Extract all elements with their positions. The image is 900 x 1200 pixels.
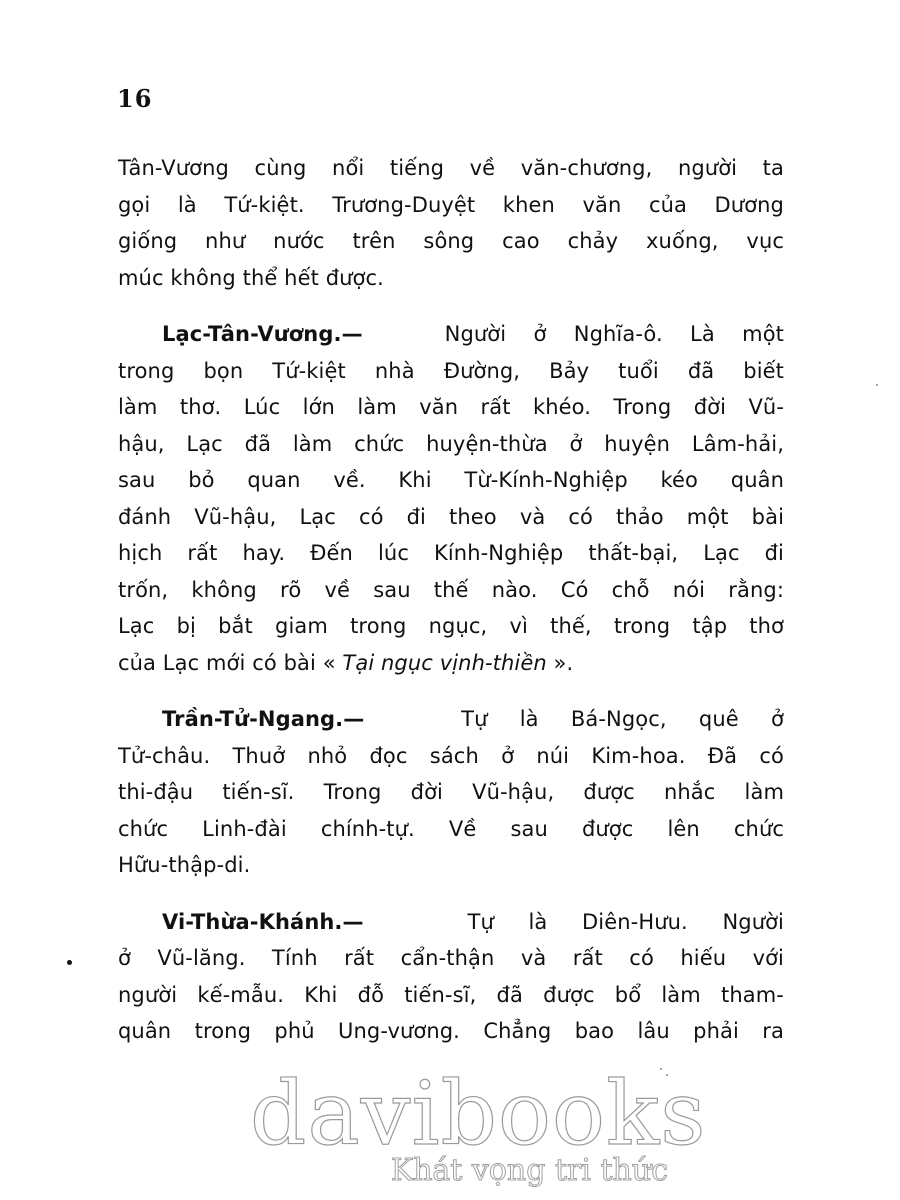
- scan-speck: [876, 384, 878, 386]
- text-line: gọi là Tứ-kiệt. Trương-Duyệt khen văn củ…: [118, 187, 784, 224]
- text-line: chức Linh-đài chính-tự. Về sau được lên …: [118, 811, 784, 848]
- text-line: Lạc bị bắt giam trong ngục, vì thế, tron…: [118, 608, 784, 645]
- text-line: Tử-châu. Thuở nhỏ đọc sách ở núi Kim-hoa…: [118, 738, 784, 775]
- entry-text: Tự là Bá-Ngọc, quê ở: [461, 707, 784, 731]
- paragraph-vi-thua-khanh: Vi-Thừa-Khánh.— Tự là Diên-Hưu. Người ở …: [118, 904, 784, 1050]
- text-line: Tân-Vương cùng nổi tiếng về văn-chương, …: [118, 150, 784, 187]
- text-line: hịch rất hay. Đến lúc Kính-Nghiệp thất-b…: [118, 535, 784, 572]
- text-line: làm thơ. Lúc lớn làm văn rất khéo. Trong…: [118, 389, 784, 426]
- entry-heading: Vi-Thừa-Khánh.—: [162, 910, 364, 934]
- page-number: 16: [117, 84, 152, 113]
- watermark-brand: davibooks: [250, 1070, 670, 1158]
- text-line: của Lạc mới có bài « Tại ngục vịnh-thiền…: [118, 645, 784, 682]
- text-line: giống như nước trên sông cao chảy xuống,…: [118, 223, 784, 260]
- entry-heading: Lạc-Tân-Vương.—: [162, 322, 363, 346]
- poem-title: Tại ngục vịnh-thiền: [342, 651, 546, 675]
- scan-artifact-dot: [67, 960, 72, 965]
- text-line: Lạc-Tân-Vương.— Người ở Nghĩa-ô. Là một: [118, 316, 784, 353]
- text-line: hậu, Lạc đã làm chức huyện-thừa ở huyện …: [118, 426, 784, 463]
- quote-close: ».: [554, 651, 574, 675]
- watermark: davibooks Khát vọng tri thức: [250, 1070, 670, 1188]
- text-line: Hữu-thập-di.: [118, 847, 784, 884]
- text-line: quân trong phủ Ung-vương. Chẳng bao lâu …: [118, 1013, 784, 1050]
- quote-open: «: [323, 651, 336, 675]
- paragraph-tran-tu-ngang: Trần-Tử-Ngang.— Tự là Bá-Ngọc, quê ở Tử-…: [118, 701, 784, 884]
- entry-text: của Lạc mới có bài: [118, 651, 316, 675]
- entry-text: Tự là Diên-Hưu. Người: [468, 910, 784, 934]
- text-line: trong bọn Tứ-kiệt nhà Đường, Bảy tuổi đã…: [118, 353, 784, 390]
- text-line: Trần-Tử-Ngang.— Tự là Bá-Ngọc, quê ở: [118, 701, 784, 738]
- entry-heading: Trần-Tử-Ngang.—: [162, 707, 364, 731]
- page-body: Tân-Vương cùng nổi tiếng về văn-chương, …: [118, 150, 784, 1070]
- paragraph-lac-tan-vuong: Lạc-Tân-Vương.— Người ở Nghĩa-ô. Là một …: [118, 316, 784, 681]
- text-line: Vi-Thừa-Khánh.— Tự là Diên-Hưu. Người: [118, 904, 784, 941]
- text-line: sau bỏ quan về. Khi Từ-Kính-Nghiệp kéo q…: [118, 462, 784, 499]
- text-line: trốn, không rõ về sau thế nào. Có chỗ nó…: [118, 572, 784, 609]
- text-line: người kế-mẫu. Khi đỗ tiến-sĩ, đã được bổ…: [118, 977, 784, 1014]
- text-line: ở Vũ-lăng. Tính rất cẩn-thận và rất có h…: [118, 940, 784, 977]
- text-line: thi-đậu tiến-sĩ. Trong đời Vũ-hậu, được …: [118, 774, 784, 811]
- paragraph-continuation: Tân-Vương cùng nổi tiếng về văn-chương, …: [118, 150, 784, 296]
- entry-text: Người ở Nghĩa-ô. Là một: [445, 322, 784, 346]
- text-line: đánh Vũ-hậu, Lạc có đi theo và có thảo m…: [118, 499, 784, 536]
- text-line: múc không thể hết được.: [118, 260, 784, 297]
